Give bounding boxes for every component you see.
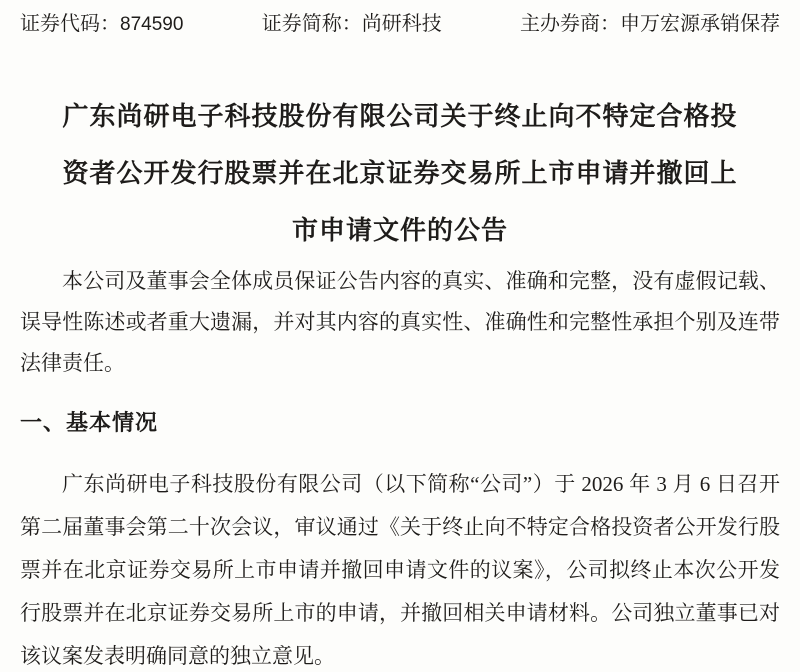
stock-code-item: 证券代码：874590 <box>20 12 183 37</box>
title-line-2: 资者公开发行股票并在北京证券交易所上市申请并撤回上 <box>20 145 780 202</box>
section-paragraph: 广东尚研电子科技股份有限公司（以下简称“公司”）于 2026 年 3 月 6 日… <box>20 463 780 672</box>
document-title: 广东尚研电子科技股份有限公司关于终止向不特定合格投 资者公开发行股票并在北京证券… <box>20 88 780 259</box>
section-heading-basic-info: 一、基本情况 <box>20 408 780 438</box>
sponsor-value: 申万宏源承销保荐 <box>620 13 780 35</box>
stock-name-label: 证券简称： <box>262 13 362 35</box>
document-header: 证券代码：874590 证券简称：尚研科技 主办券商：申万宏源承销保荐 <box>20 12 780 37</box>
announcement-document: 证券代码：874590 证券简称：尚研科技 主办券商：申万宏源承销保荐 广东尚研… <box>0 0 800 672</box>
title-line-1: 广东尚研电子科技股份有限公司关于终止向不特定合格投 <box>20 88 780 145</box>
board-declaration-paragraph: 本公司及董事会全体成员保证公告内容的真实、准确和完整，没有虚假记载、误导性陈述或… <box>20 261 780 384</box>
stock-name-item: 证券简称：尚研科技 <box>262 12 442 36</box>
stock-name-value: 尚研科技 <box>362 13 442 35</box>
stock-code-value: 874590 <box>120 14 183 35</box>
sponsor-item: 主办券商：申万宏源承销保荐 <box>520 12 780 36</box>
sponsor-label: 主办券商： <box>520 13 620 35</box>
title-line-3: 市申请文件的公告 <box>20 202 780 259</box>
stock-code-label: 证券代码： <box>20 13 120 35</box>
